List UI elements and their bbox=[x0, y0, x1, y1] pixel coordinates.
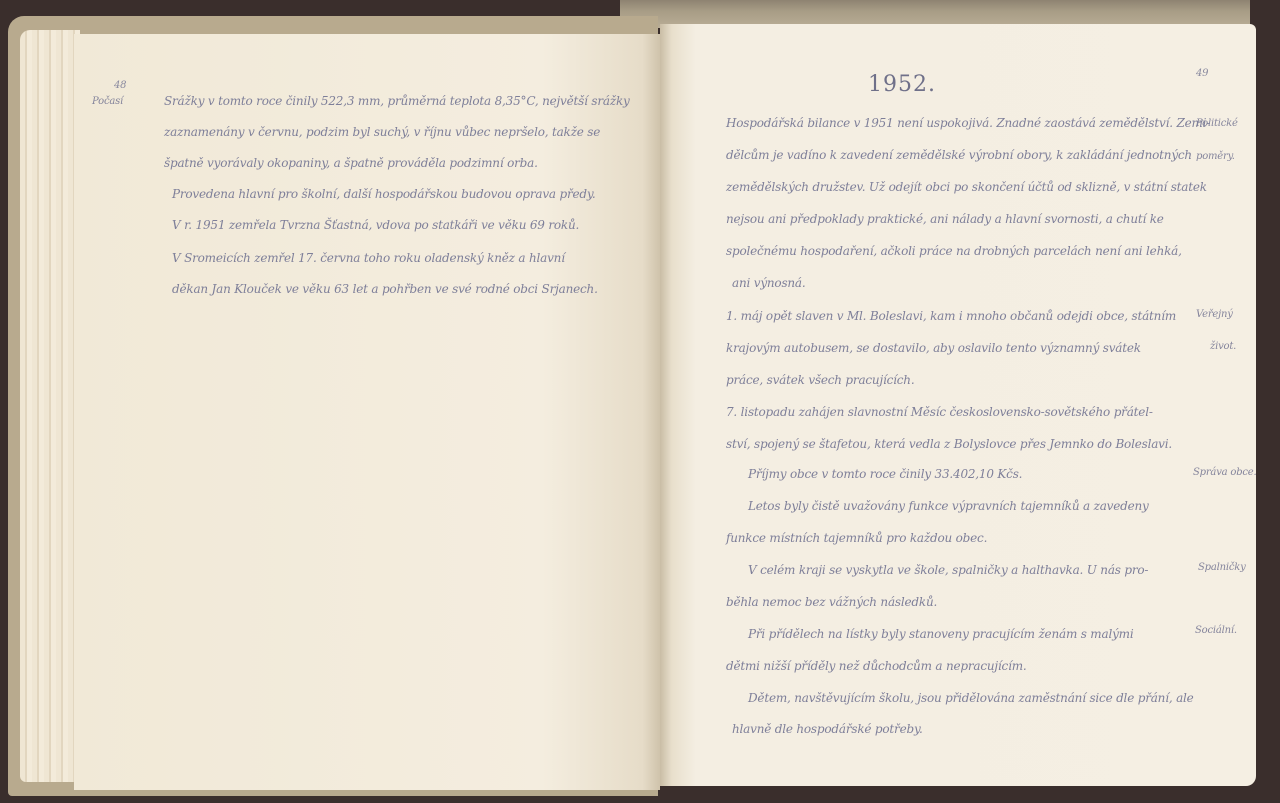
right-line: společnému hospodaření, ačkoli práce na … bbox=[726, 244, 1182, 258]
right-line: hlavně dle hospodářské potřeby. bbox=[732, 722, 923, 736]
right-line: dělcům je vadíno k zavedení zemědělské v… bbox=[726, 148, 1192, 162]
left-line: V Sromeicích zemřel 17. června toho roku… bbox=[172, 251, 565, 265]
right-line: běhla nemoc bez vážných následků. bbox=[726, 595, 937, 609]
right-line: Hospodářská bilance v 1951 není uspokoji… bbox=[726, 116, 1210, 130]
right-line: funkce místních tajemníků pro každou obe… bbox=[726, 531, 987, 545]
left-page bbox=[74, 34, 660, 790]
right-line: krajovým autobusem, se dostavilo, aby os… bbox=[726, 341, 1141, 355]
right-line: Dětem, navštěvujícím školu, jsou přidělo… bbox=[748, 691, 1194, 705]
right-page-number: 49 bbox=[1196, 68, 1208, 79]
right-margin-note: Veřejný bbox=[1196, 309, 1233, 320]
right-margin-note: Spalničky bbox=[1198, 562, 1246, 573]
right-line: ství, spojený se štafetou, která vedla z… bbox=[726, 437, 1172, 451]
right-line: Příjmy obce v tomto roce činily 33.402,1… bbox=[748, 467, 1022, 481]
right-line: 1. máj opět slaven v Ml. Boleslavi, kam … bbox=[726, 309, 1176, 323]
right-margin-note: Správa obce. bbox=[1193, 467, 1257, 478]
page-stack-edges bbox=[20, 30, 80, 782]
right-line: nejsou ani předpoklady praktické, ani ná… bbox=[726, 212, 1164, 226]
left-line: V r. 1951 zemřela Tvrzna Šťastná, vdova … bbox=[172, 218, 579, 232]
right-line: práce, svátek všech pracujících. bbox=[726, 373, 914, 387]
right-line: V celém kraji se vyskytla ve škole, spal… bbox=[748, 563, 1148, 577]
right-line: Letos byly čistě uvažovány funkce výprav… bbox=[748, 499, 1149, 513]
right-line: ani výnosná. bbox=[732, 276, 806, 290]
left-line: Srážky v tomto roce činily 522,3 mm, prů… bbox=[164, 94, 630, 108]
left-line: zaznamenány v červnu, podzim byl suchý, … bbox=[164, 125, 600, 139]
right-margin-note: poměry. bbox=[1196, 151, 1235, 162]
left-line: špatně vyorávaly okopaniny, a špatně pro… bbox=[164, 156, 538, 170]
right-line: dětmi nižší příděly než důchodcům a nepr… bbox=[726, 659, 1027, 673]
right-line: Při přídělech na lístky byly stanoveny p… bbox=[748, 627, 1133, 641]
right-line: zemědělských družstev. Už odejít obci po… bbox=[726, 180, 1207, 194]
left-margin-note: Počasí bbox=[92, 96, 123, 107]
right-margin-note: Sociální. bbox=[1195, 625, 1237, 636]
left-line: Provedena hlavní pro školní, další hospo… bbox=[172, 187, 596, 201]
left-line: děkan Jan Klouček ve věku 63 let a pohřb… bbox=[172, 282, 598, 296]
year-heading: 1952. bbox=[868, 72, 936, 97]
right-margin-note: život. bbox=[1210, 341, 1236, 352]
right-line: 7. listopadu zahájen slavnostní Měsíc če… bbox=[726, 405, 1153, 419]
left-page-number: 48 bbox=[114, 80, 126, 91]
